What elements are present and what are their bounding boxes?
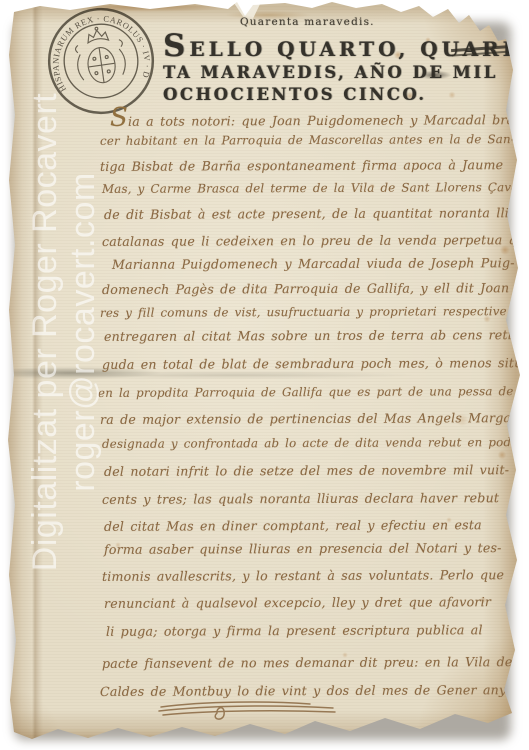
printed-line-2: TA MARAVEDIS, AÑO DE MIL — [163, 62, 529, 84]
manuscript-line: Caldes de Montbuy lo die vint y dos del … — [100, 682, 529, 699]
paper-sheet: HISPANIARUM REX · CAROLUS · IV · D · G Q… — [0, 0, 529, 750]
manuscript-line: timonis avallescrits, y lo restant à sas… — [102, 567, 504, 584]
manuscript-line: li puga; otorga y firma la present escri… — [106, 622, 483, 639]
manuscript-line: cents y tres; las quals noranta lliuras … — [102, 490, 499, 507]
crown-icon — [86, 26, 109, 43]
manuscript-line: de dit Bisbat à est acte present, de la … — [104, 205, 529, 222]
document-scan: HISPANIARUM REX · CAROLUS · IV · D · G Q… — [0, 0, 529, 750]
manuscript-line: entregaren al citat Mas sobre un tros de… — [104, 327, 525, 344]
printed-duty-heading: SELLO QUARTO, QUAREN- TA MARAVEDIS, AÑO … — [163, 33, 529, 106]
manuscript-line: pacte fiansevent de no mes demanar dit p… — [102, 654, 513, 671]
manuscript-line: forma asaber quinse lliuras en presencia… — [104, 540, 502, 557]
manuscript-line: ra de major extensio de pertinencias del… — [100, 410, 527, 427]
printed-line-3: OCHOCIENTOS CINCO. — [163, 84, 529, 106]
manuscript-line: Mas, y Carme Brasca del terme de la Vila… — [102, 180, 526, 196]
manuscript-line: en la propdita Parroquia de Gallifa que … — [98, 384, 529, 400]
manuscript-line: Sia a tots notori: que Joan Puigdomenech… — [110, 109, 519, 129]
manuscript-line: designada y confrontada ab lo acte de di… — [102, 435, 524, 451]
manuscript-line: cer habitant en la Parroquia de Mascorel… — [100, 132, 515, 148]
royal-seal-stamp: HISPANIARUM REX · CAROLUS · IV · D · G — [37, 0, 166, 125]
manuscript-line: domenech Pagès de dita Parroquia de Gall… — [102, 280, 529, 297]
coat-of-arms — [75, 39, 128, 86]
manuscript-line: guda en total de blat de sembradura poch… — [102, 355, 529, 372]
rubric-flourish-icon — [155, 698, 345, 722]
manuscript-line: res y fill comuns de vist, usufructuaria… — [100, 304, 507, 320]
manuscript-line: del citat Mas en diner comptant, real y … — [104, 517, 482, 534]
manuscript-line: Marianna Puigdomenech y Marcadal viuda d… — [112, 255, 515, 272]
printed-line-1: SELLO QUARTO, QUAREN- — [163, 33, 529, 62]
manuscript-line: tiga Bisbat de Barña espontaneament firm… — [100, 157, 503, 174]
manuscript-line: del notari infrit lo die setze del mes d… — [104, 462, 509, 479]
manuscript-line: catalanas que li cedeixen en lo preu de … — [102, 232, 529, 249]
manuscript-line: renunciant à qualsevol excepcio, lley y … — [104, 594, 491, 611]
duty-note-stamp: Quarenta maravedis. — [240, 16, 375, 28]
